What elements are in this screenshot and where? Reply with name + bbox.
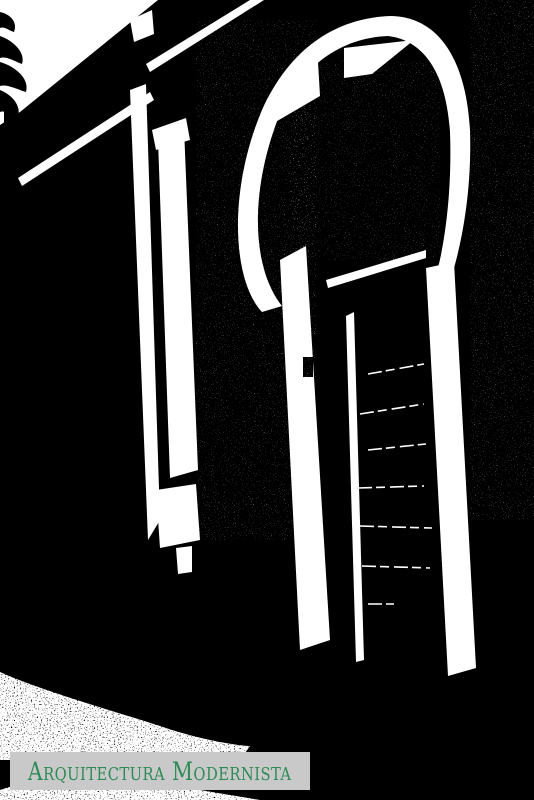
building-photo [0, 0, 534, 800]
caption-label: Arquitectura Modernista [10, 752, 310, 790]
wall-texture-right [470, 0, 534, 520]
photo-stage: Arquitectura Modernista [0, 0, 534, 800]
arch-interior-texture [290, 60, 440, 260]
caption-text: Arquitectura Modernista [28, 759, 292, 784]
pilaster-foot [176, 546, 192, 574]
pilaster-base [156, 484, 200, 548]
